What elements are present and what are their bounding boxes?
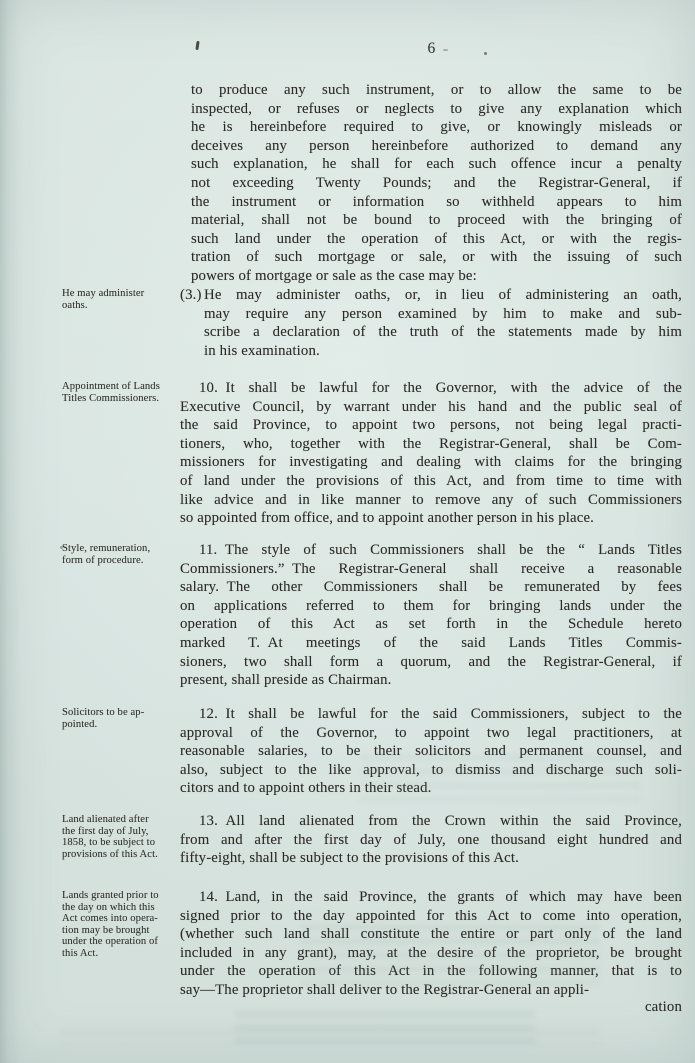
text-line: marked T. At meetings of the said Lands … [180, 634, 682, 653]
margin-note-line: pointed. [62, 719, 180, 731]
text-line: citors and to appoint others in their st… [180, 779, 682, 798]
text-line: deceives any person hereinbefore authori… [191, 137, 682, 156]
text-line: (whether such land shall constitute the … [180, 925, 682, 944]
text-line: Executive Council, by warrant under his … [180, 398, 682, 417]
text-line: sioners, two shall form a quorum, and th… [180, 653, 682, 672]
text-line: the instrument or information so withhel… [191, 193, 682, 212]
margin-note: Appointment of LandsTitles Commissioners… [62, 381, 180, 404]
margin-note-line: the day on which this [62, 902, 180, 914]
text-line: under the operation of this Act in the f… [180, 962, 682, 981]
margin-note-line: Style, remuneration, [62, 543, 180, 555]
text-line: of land under the provisions of this Act… [180, 472, 682, 491]
text-line: say—The proprietor shall deliver to the … [180, 981, 682, 1000]
text-line: 10. It shall be lawful for the Governor,… [180, 379, 682, 398]
text-line: approval of the Governor, to appoint two… [180, 724, 682, 743]
text-line: included in any grant), may, at the desi… [180, 944, 682, 963]
margin-note: He may administeroaths. [62, 288, 180, 311]
text-line: 11. The style of such Commissioners shal… [180, 541, 682, 560]
margin-note-line: tion may be brought [62, 925, 180, 937]
margin-note: Land alienated afterthe first day of Jul… [62, 814, 180, 860]
margin-note-line: Land alienated after [62, 814, 180, 826]
text-line: so appointed from office, and to appoint… [180, 509, 682, 528]
text-line: fifty-eight, shall be subject to the pro… [180, 849, 682, 868]
margin-note: Lands granted prior tothe day on which t… [62, 890, 180, 960]
margin-note-line: oaths. [62, 300, 180, 312]
margin-note: Style, remuneration,form of procedure. [62, 543, 180, 566]
text-line: in his examination. [204, 342, 682, 361]
margin-note-line: under the operation of [62, 936, 180, 948]
text-line: such explanation, he shall for each such… [191, 155, 682, 174]
margin-note-line: Act comes into opera- [62, 913, 180, 925]
text-line: 12. It shall be lawful for the said Comm… [180, 705, 682, 724]
text-line: tration of such mortgage or sale, or wit… [191, 248, 682, 267]
text-line: scribe a declaration of the truth of the… [204, 323, 682, 342]
text-line: material, shall not be bound to proceed … [191, 211, 682, 230]
text-line: the said Province, to appoint two person… [180, 416, 682, 435]
text-line: like advice and in like manner to remove… [180, 491, 682, 510]
text-line: reasonable salaries, to be their solicit… [180, 742, 682, 761]
page-content: to produce any such instrument, or to al… [0, 0, 695, 1063]
margin-note-line: this Act. [62, 948, 180, 960]
subsection-number: (3.) [180, 286, 202, 305]
subsection-3: He may administeroaths.(3.)He may admini… [180, 286, 682, 360]
section-14: Lands granted prior tothe day on which t… [180, 888, 682, 1000]
text-line: operation of this Act as set forth in th… [180, 615, 682, 634]
text-line: 13. All land alienated from the Crown wi… [180, 812, 682, 831]
text-line: such land under the operation of this Ac… [191, 230, 682, 249]
margin-note-line: 1858, to be subject to [62, 837, 180, 849]
section-10: Appointment of LandsTitles Commissioners… [180, 379, 682, 528]
text-line: Commissioners.” The Registrar-General sh… [180, 560, 682, 579]
margin-note-line: He may administer [62, 288, 180, 300]
section-11: Style, remuneration,form of procedure.11… [180, 541, 682, 690]
text-line: not exceeding Twenty Pounds; and the Reg… [191, 174, 682, 193]
margin-note-line: Appointment of Lands [62, 381, 180, 393]
margin-note-line: the first day of July, [62, 826, 180, 838]
margin-note-line: Solicitors to be ap- [62, 707, 180, 719]
text-line: may require any person examined by him t… [204, 305, 682, 324]
text-line: present, shall preside as Chairman. [180, 671, 682, 690]
margin-note-line: Lands granted prior to [62, 890, 180, 902]
text-line: to produce any such instrument, or to al… [191, 81, 682, 100]
text-line: salary. The other Commissioners shall be… [180, 578, 682, 597]
margin-note: Solicitors to be ap-pointed. [62, 707, 180, 730]
text-line: also, subject to the like approval, to d… [180, 761, 682, 780]
text-line: 14. Land, in the said Province, the gran… [180, 888, 682, 907]
text-line: he is hereinbefore required to give, or … [191, 118, 682, 137]
section-12: Solicitors to be ap-pointed.12. It shall… [180, 705, 682, 798]
margin-note-line: Titles Commissioners. [62, 393, 180, 405]
text-line: tioners, who, together with the Registra… [180, 435, 682, 454]
catchword: cation [645, 999, 682, 1016]
continuation-paragraph: to produce any such instrument, or to al… [191, 81, 682, 286]
text-line: powers of mortgage or sale as the case m… [191, 267, 682, 286]
text-line: missioners for investigating and dealing… [180, 453, 682, 472]
text-line: from and after the first day of July, on… [180, 831, 682, 850]
text-line: signed prior to the day appointed for th… [180, 907, 682, 926]
margin-note-line: form of procedure. [62, 555, 180, 567]
text-line: He may administer oaths, or, in lieu of … [204, 286, 682, 305]
section-13: Land alienated afterthe first day of Jul… [180, 812, 682, 868]
margin-note-line: provisions of this Act. [62, 849, 180, 861]
document-page: 6 to produce any such instrument, or to … [0, 0, 695, 1063]
text-line: inspected, or refuses or neglects to giv… [191, 100, 682, 119]
text-line: on applications referred to them for bri… [180, 597, 682, 616]
